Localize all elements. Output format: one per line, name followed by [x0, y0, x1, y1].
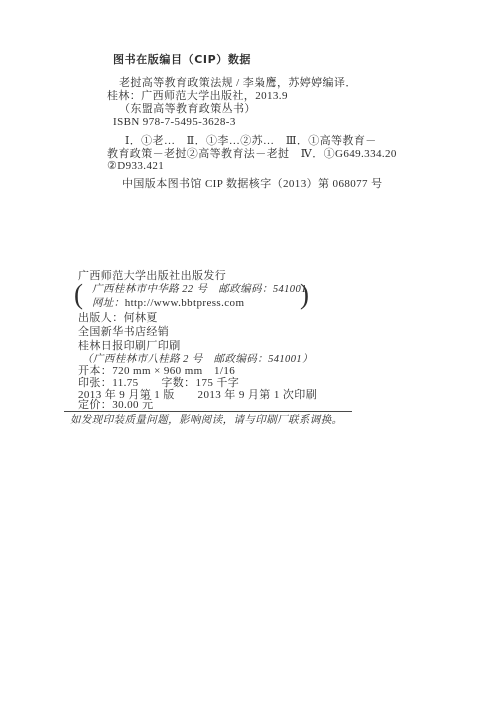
- website-label: 网址：: [92, 298, 125, 309]
- cip-isbn-line: ISBN 978-7-5495-3628-3: [113, 116, 236, 129]
- cip-heading: 图书在版编目（CIP）数据: [113, 53, 251, 66]
- cip-entry-publisher-line: 桂林：广西师范大学出版社，2013.9: [107, 90, 288, 103]
- divider-rule: [64, 411, 352, 412]
- left-paren-glyph: (: [74, 280, 83, 308]
- cip-record-number-line: 中国版本图书馆 CIP 数据核字（2013）第 068077 号: [122, 178, 383, 191]
- publisher-person-line: 出版人：何林夏: [78, 312, 158, 325]
- copyright-page: 图书在版编目（CIP）数据 老挝高等教育政策法规 / 李枭鹰，苏婷婷编译． 桂林…: [0, 0, 500, 707]
- cip-series-line: （东盟高等教育政策丛书）: [119, 103, 256, 116]
- distributor-line: 全国新华书店经销: [78, 326, 169, 339]
- cip-entry-title-line: 老挝高等教育政策法规 / 李枭鹰，苏婷婷编译．: [119, 77, 357, 90]
- quality-notice-line: 如发现印装质量问题，影响阅读，请与印刷厂联系调换。: [70, 414, 343, 427]
- right-paren-glyph: ): [300, 280, 309, 308]
- publisher-line: 广西师范大学出版社出版发行: [78, 270, 226, 283]
- cip-subjects-line-1: Ⅰ．①老… Ⅱ．①李…②苏… Ⅲ．①高等教育－: [125, 135, 377, 148]
- printer-line: 桂林日报印刷厂印刷: [78, 340, 181, 353]
- cip-subjects-line-3: ②D933.421: [107, 160, 164, 173]
- publisher-address-line: 广西桂林市中华路 22 号 邮政编码：541001: [92, 283, 307, 296]
- website-line: 网址：http://www.bbtpress.com: [92, 297, 244, 310]
- website-url: http://www.bbtpress.com: [125, 297, 245, 309]
